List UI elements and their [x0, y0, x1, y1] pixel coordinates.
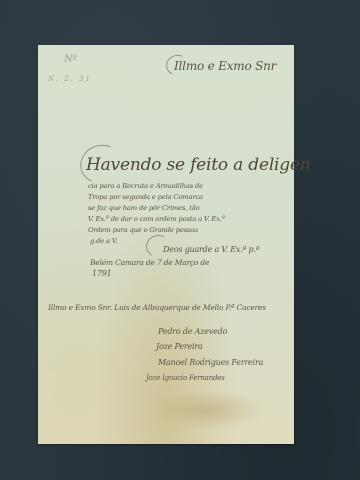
water-stain: [148, 390, 268, 430]
body-line: V. Ex.ª de dar o com ordem posta a V. Ex…: [88, 215, 225, 223]
closing-line: Deos guarde a V. Ex.ª p.ª: [163, 245, 259, 254]
place-date: Belém Camara de 7 de Março de: [90, 258, 209, 267]
signature: Joze Pereira: [156, 342, 203, 351]
year: 1791: [92, 269, 112, 278]
body-line: Ordem para que o Grande pessoa: [88, 226, 198, 234]
margin-note: Nº: [64, 54, 77, 65]
opening-line: Havendo se feito a deligen: [86, 155, 311, 175]
addressee: Illmo e Exmo Snr. Luis de Albuquerque de…: [48, 303, 266, 312]
archive-reference: N. 2. 31: [48, 75, 92, 83]
signature: Joze Ignacio Fernandes: [146, 374, 225, 382]
signature: Pedro de Azevedo: [158, 327, 227, 336]
manuscript-page: Nº N. 2. 31 Illmo e Exmo Snr Havendo se …: [38, 45, 294, 444]
salutation: Illmo e Exmo Snr: [174, 59, 276, 73]
body-line: Tropa por segunda e pela Comarca: [88, 193, 203, 201]
body-line: se faz que ham de pôr Crimes, tão: [88, 204, 200, 212]
signature: Manoel Rodrigues Ferreira: [158, 358, 263, 367]
body-line: cia para a Recruta e Armadilhas de: [88, 182, 203, 190]
body-line: g.de a V.: [90, 237, 117, 245]
